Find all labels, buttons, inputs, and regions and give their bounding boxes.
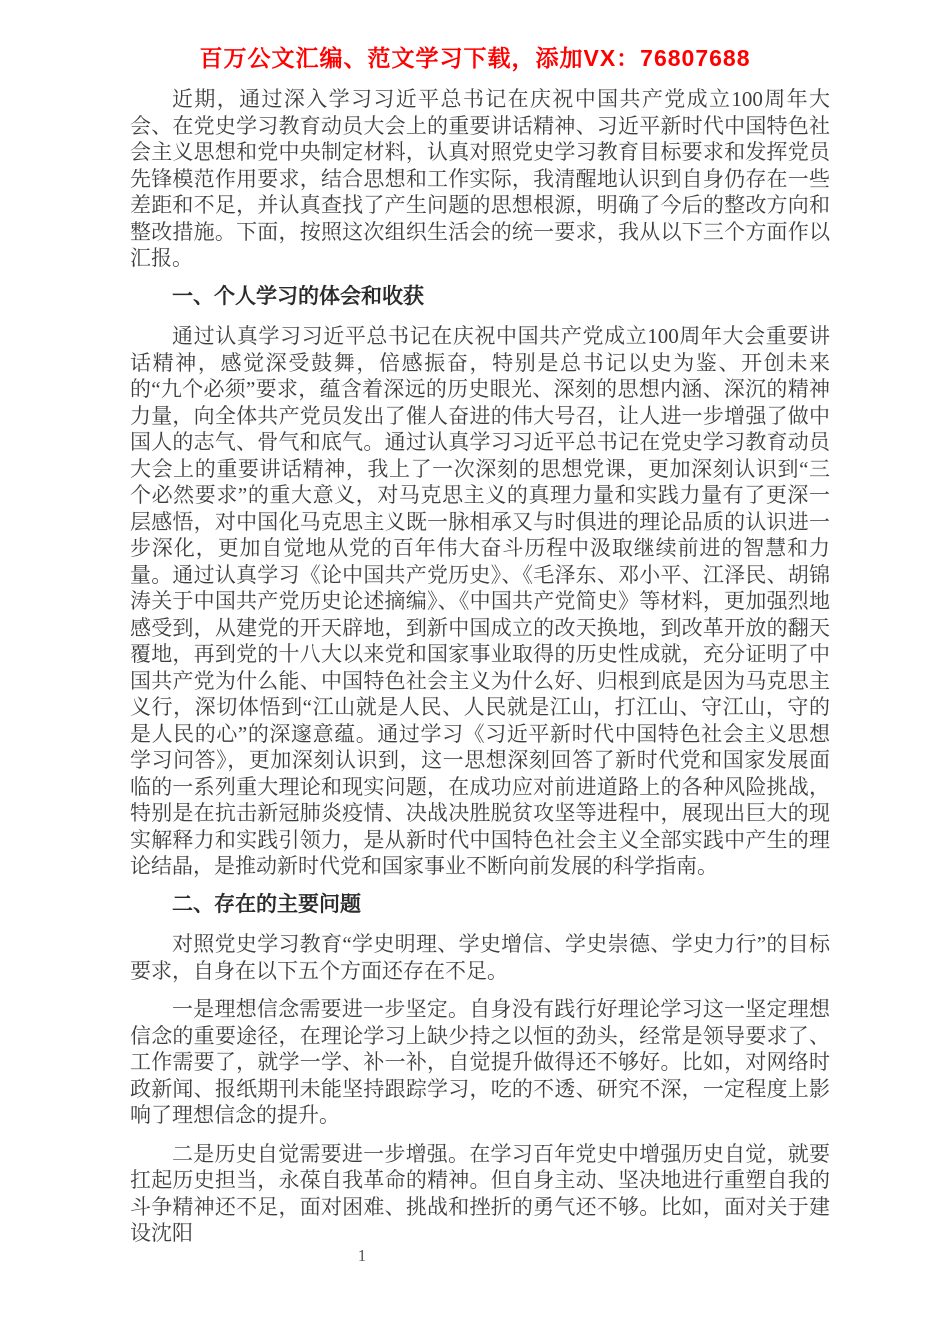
paragraph-section2-intro: 对照党史学习教育“学史明理、学史增信、学史崇德、学史力行”的目标要求，自身在以下… — [130, 931, 830, 984]
section-heading-1: 一、个人学习的体会和收获 — [130, 284, 830, 311]
paragraph-problem-1: 一是理想信念需要进一步坚定。自身没有践行好理论学习这一坚定理想信念的重要途径，在… — [130, 996, 830, 1129]
document-page: 百万公文汇编、范文学习下载，添加VX：76807688 近期，通过深入学习习近平… — [0, 0, 950, 1344]
section-heading-2: 二、存在的主要问题 — [130, 892, 830, 919]
promo-banner-text: 百万公文汇编、范文学习下载，添加VX：76807688 — [0, 40, 950, 73]
document-body: 近期，通过深入学习习近平总书记在庆祝中国共产党成立100周年大会、在党史学习教育… — [130, 86, 830, 1259]
paragraph-section1-body: 通过认真学习习近平总书记在庆祝中国共产党成立100周年大会重要讲话精神，感觉深受… — [130, 323, 830, 880]
paragraph-intro: 近期，通过深入学习习近平总书记在庆祝中国共产党成立100周年大会、在党史学习教育… — [130, 86, 830, 272]
page-number: 1 — [347, 1246, 377, 1266]
paragraph-problem-2: 二是历史自觉需要进一步增强。在学习百年党史中增强历史自觉，就要扛起历史担当，永葆… — [130, 1141, 830, 1247]
